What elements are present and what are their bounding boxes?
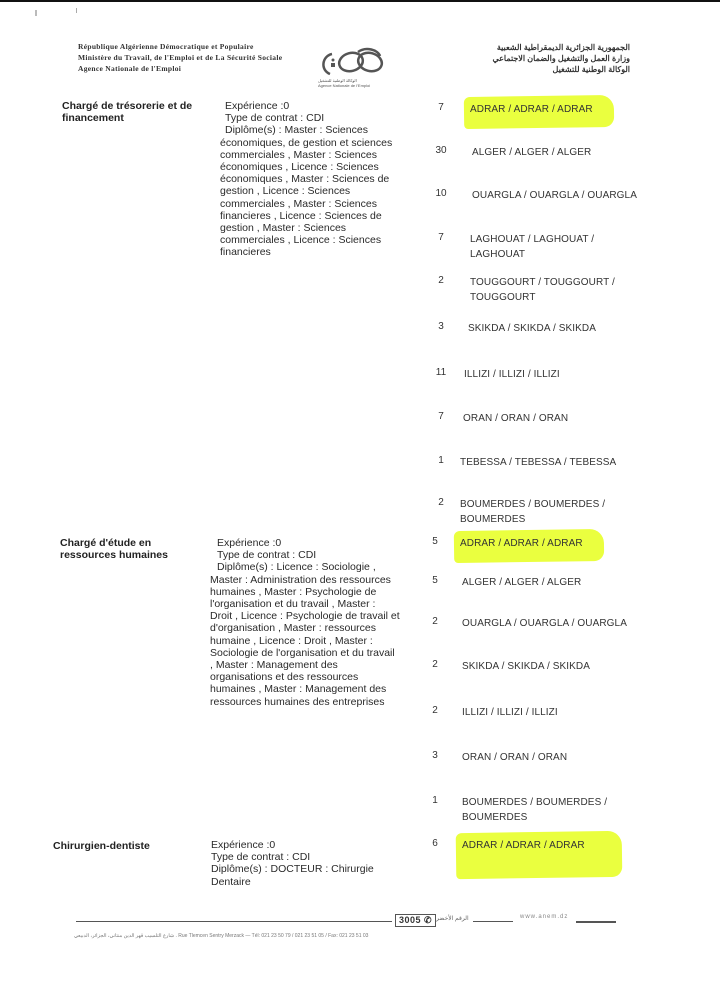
header-fr-line: Ministère du Travail, de l'Emploi et de … bbox=[78, 52, 282, 63]
location-name: ADRAR / ADRAR / ADRAR bbox=[470, 102, 640, 117]
job-diplomas: Diplôme(s) : Licence : Sociologie , Mast… bbox=[210, 561, 400, 707]
job-details: Expérience :0 Type de contrat : CDI Dipl… bbox=[210, 537, 400, 708]
job-contract: Type de contrat : CDI bbox=[220, 112, 410, 124]
vacancy-count: 7 bbox=[426, 411, 456, 422]
vacancy-count: 2 bbox=[426, 275, 456, 286]
footer-divider bbox=[473, 921, 513, 922]
vacancy-count: 2 bbox=[420, 705, 450, 716]
vacancy-count: 10 bbox=[426, 188, 456, 199]
vacancy-count: 2 bbox=[426, 497, 456, 508]
scan-artifact bbox=[76, 8, 77, 13]
footer-green-number: 3005 ✆ bbox=[395, 914, 436, 927]
location-name: ORAN / ORAN / ORAN bbox=[463, 411, 633, 426]
vacancy-count: 2 bbox=[420, 616, 450, 627]
header-ar-line: وزارة العمل والتشغيل والضمان الاجتماعي bbox=[492, 53, 630, 64]
location-name: BOUMERDES / BOUMERDES / BOUMERDES bbox=[460, 497, 630, 527]
header-arabic: الجمهورية الجزائرية الديمقراطية الشعبية … bbox=[492, 42, 630, 75]
header-fr-line: Agence Nationale de l'Emploi bbox=[78, 63, 282, 74]
job-contract: Type de contrat : CDI bbox=[211, 851, 401, 863]
page-top-edge bbox=[0, 0, 720, 2]
location-name: TOUGGOURT / TOUGGOURT / TOUGGOURT bbox=[470, 275, 640, 305]
header-ar-line: الوكالة الوطنية للتشغيل bbox=[492, 64, 630, 75]
header-french: République Algérienne Démocratique et Po… bbox=[78, 41, 282, 74]
logo-caption-fr: Agence Nationale de l'Emploi bbox=[318, 83, 398, 88]
footer-website: www.anem.dz bbox=[520, 914, 568, 920]
job-diplomas: Diplôme(s) : Master : Sciences économiqu… bbox=[220, 124, 410, 258]
vacancy-count: 5 bbox=[420, 575, 450, 586]
vacancy-count: 7 bbox=[426, 102, 456, 113]
green-number: 3005 bbox=[399, 915, 421, 925]
job-title: Chargé d'étude en ressources humaines bbox=[60, 537, 200, 561]
header-fr-line: République Algérienne Démocratique et Po… bbox=[78, 41, 282, 52]
vacancy-count: 2 bbox=[420, 659, 450, 670]
logo-caption: الوكالة الوطنية للتشغيل Agence Nationale… bbox=[318, 78, 398, 88]
location-name: ALGER / ALGER / ALGER bbox=[472, 145, 642, 160]
vacancy-count: 3 bbox=[420, 750, 450, 761]
footer-divider bbox=[576, 921, 616, 923]
vacancy-count: 30 bbox=[426, 145, 456, 156]
job-details: Expérience :0 Type de contrat : CDI Dipl… bbox=[211, 839, 401, 888]
location-name: ORAN / ORAN / ORAN bbox=[462, 750, 632, 765]
location-name: OUARGLA / OUARGLA / OUARGLA bbox=[462, 616, 632, 631]
vacancy-count: 5 bbox=[420, 536, 450, 547]
footer-divider bbox=[76, 921, 392, 922]
vacancy-count: 3 bbox=[426, 321, 456, 332]
location-name: LAGHOUAT / LAGHOUAT / LAGHOUAT bbox=[470, 232, 640, 262]
location-name: SKIKDA / SKIKDA / SKIKDA bbox=[468, 321, 638, 336]
scan-artifact bbox=[35, 10, 37, 16]
job-contract: Type de contrat : CDI bbox=[210, 549, 400, 561]
location-name: OUARGLA / OUARGLA / OUARGLA bbox=[472, 188, 642, 203]
header-ar-line: الجمهورية الجزائرية الديمقراطية الشعبية bbox=[492, 42, 630, 53]
vacancy-count: 1 bbox=[426, 455, 456, 466]
vacancy-count: 1 bbox=[420, 795, 450, 806]
job-title: Chirurgien-dentiste bbox=[53, 840, 203, 852]
location-name: SKIKDA / SKIKDA / SKIKDA bbox=[462, 659, 632, 674]
vacancy-count: 11 bbox=[426, 367, 456, 378]
location-name: ILLIZI / ILLIZI / ILLIZI bbox=[464, 367, 634, 382]
vacancy-count: 6 bbox=[420, 838, 450, 849]
job-experience: Expérience :0 bbox=[210, 537, 400, 549]
location-name: ADRAR / ADRAR / ADRAR bbox=[462, 838, 632, 853]
location-name: BOUMERDES / BOUMERDES / BOUMERDES bbox=[462, 795, 632, 825]
job-title: Chargé de trésorerie et de financement bbox=[62, 100, 212, 124]
job-details: Expérience :0 Type de contrat : CDI Dipl… bbox=[220, 100, 410, 259]
vacancy-count: 7 bbox=[426, 232, 456, 243]
job-experience: Expérience :0 bbox=[211, 839, 401, 851]
job-diplomas: Diplôme(s) : DOCTEUR : Chirurgie Dentair… bbox=[211, 863, 401, 887]
location-name: ALGER / ALGER / ALGER bbox=[462, 575, 632, 590]
location-name: TEBESSA / TEBESSA / TEBESSA bbox=[460, 455, 630, 470]
location-name: ADRAR / ADRAR / ADRAR bbox=[460, 536, 630, 551]
footer-green-number-label: الرقم الأخضر bbox=[436, 915, 469, 922]
footer-address: شارع التلسيب قهر الدين منتاني، الجزائر، … bbox=[74, 933, 694, 939]
location-name: ILLIZI / ILLIZI / ILLIZI bbox=[462, 705, 632, 720]
job-experience: Expérience :0 bbox=[220, 100, 410, 112]
